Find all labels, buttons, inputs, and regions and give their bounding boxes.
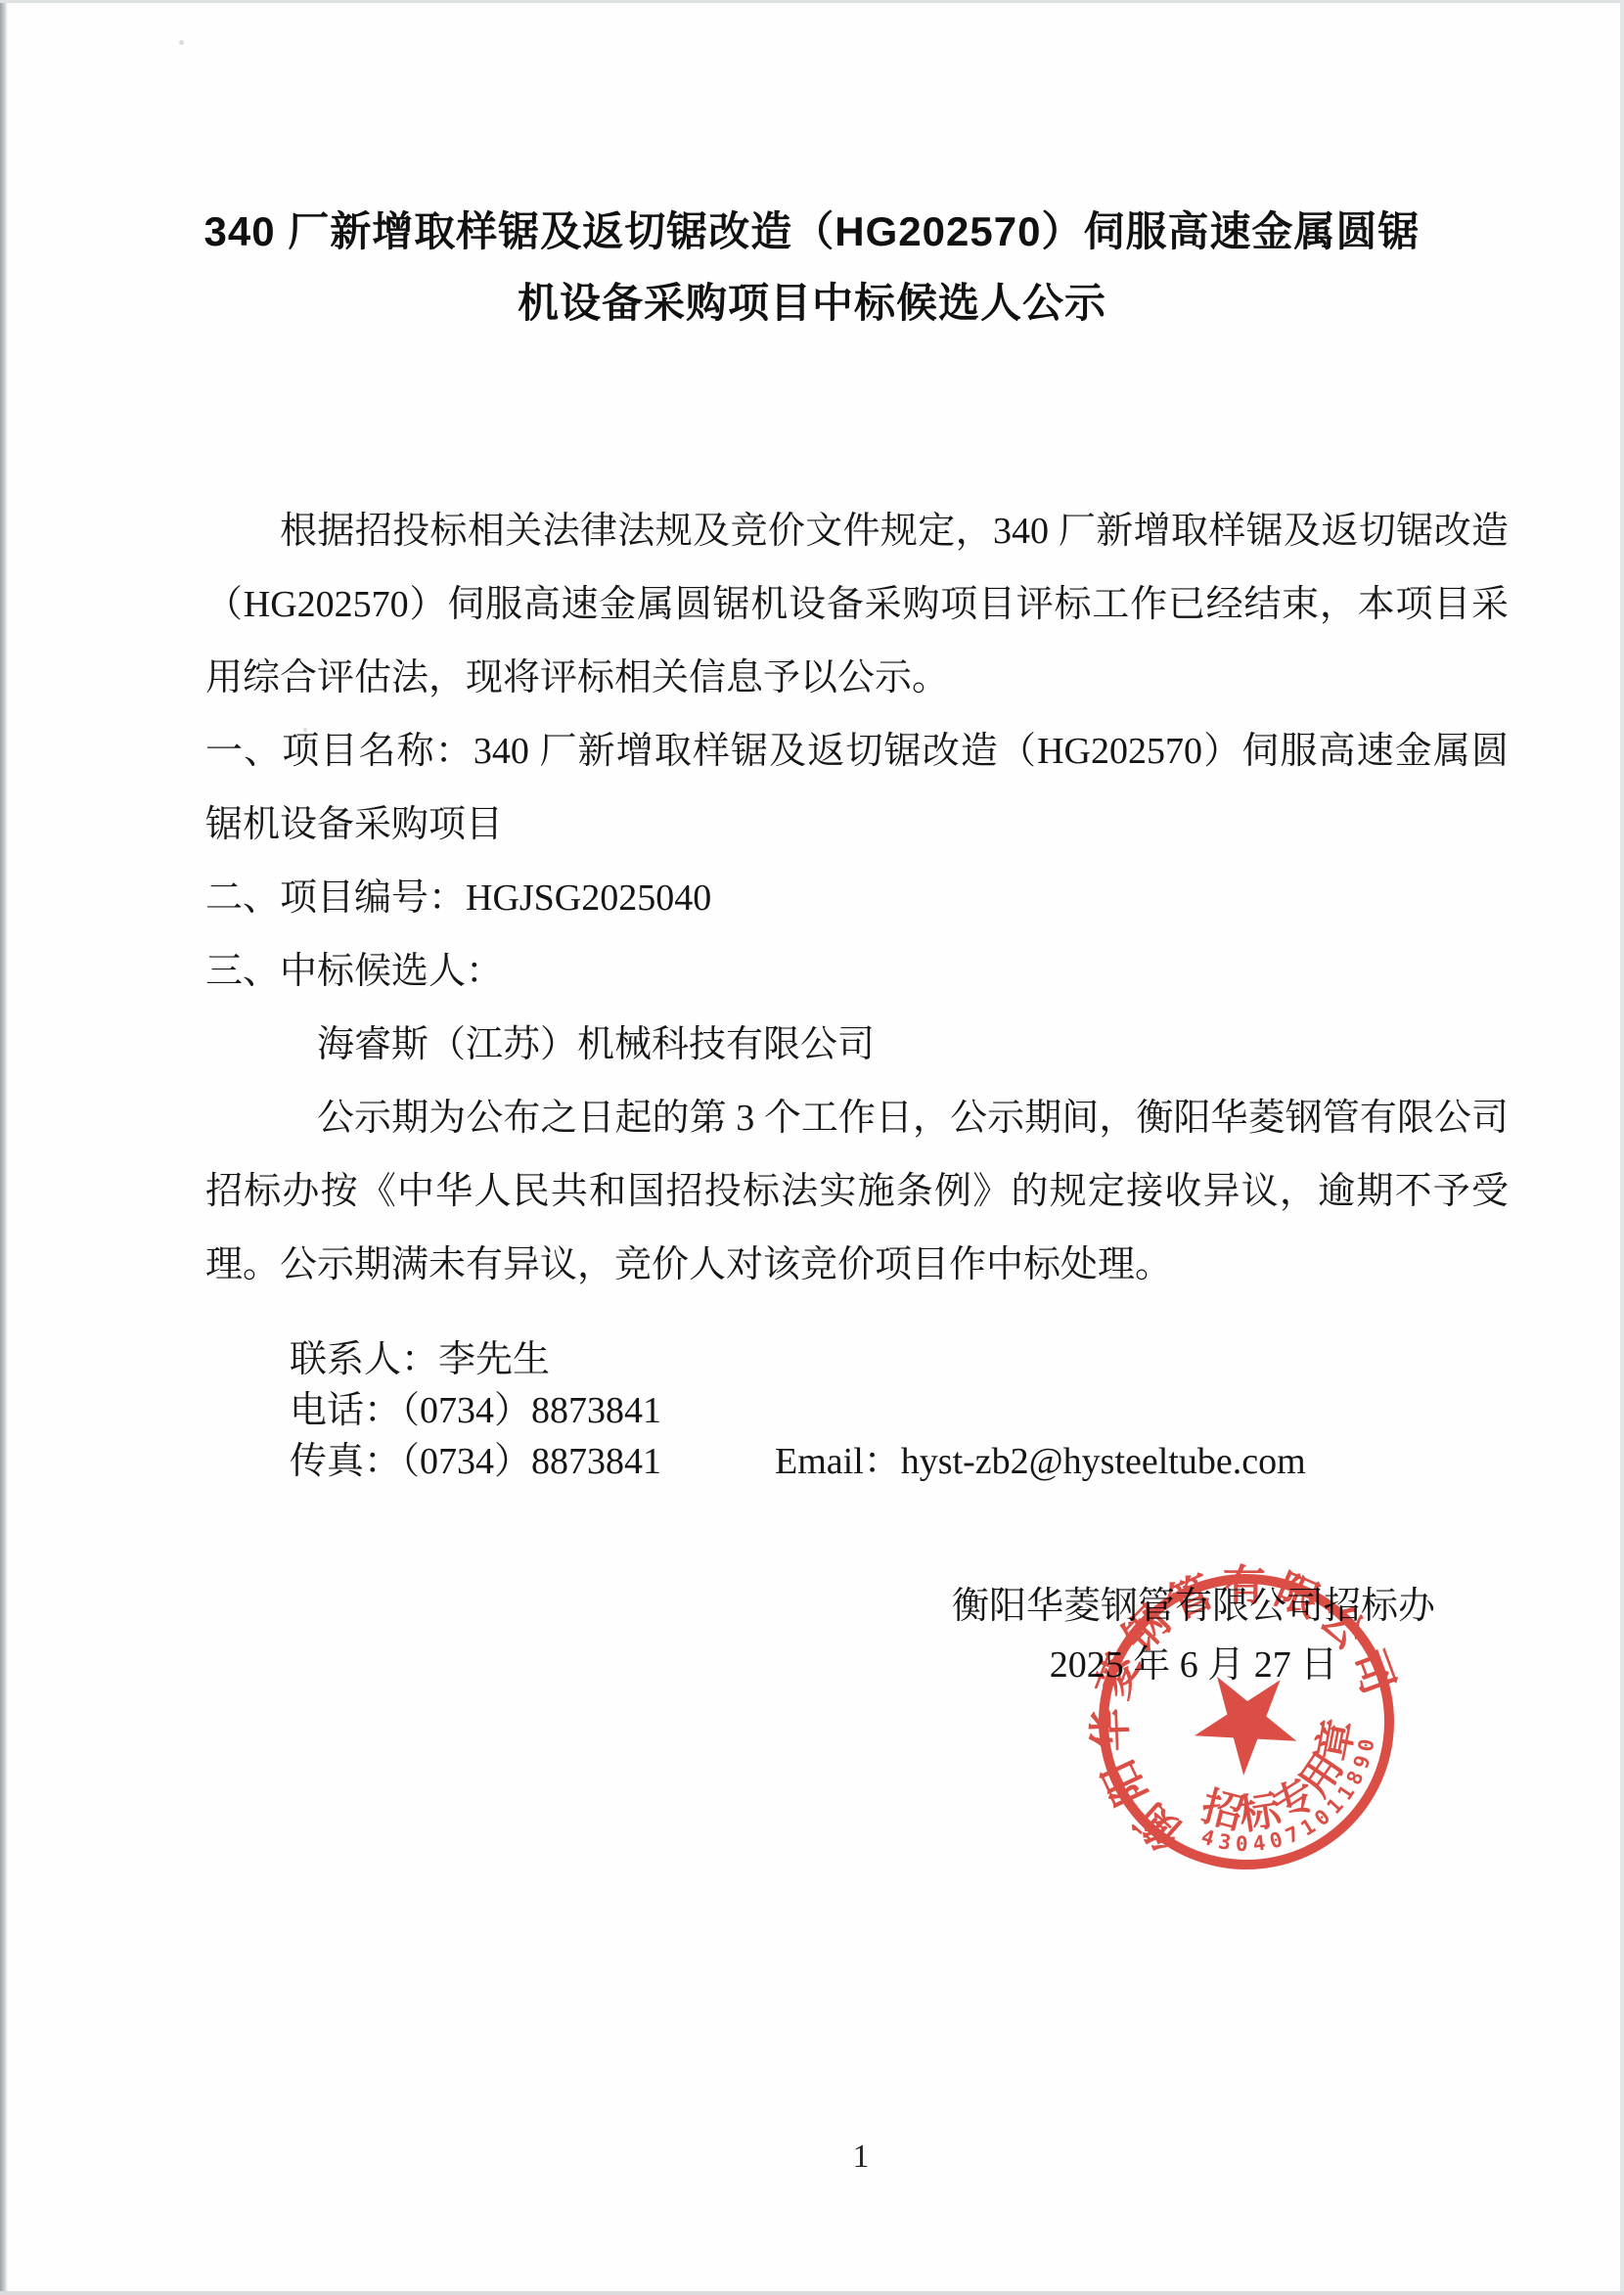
contact-phone-line: 电话：（0734）8873841 bbox=[290, 1385, 1512, 1436]
contact-fax: （0734）8873841 bbox=[401, 1441, 661, 1482]
contact-phone: （0734）8873841 bbox=[401, 1390, 661, 1431]
paragraph-intro: 根据招投标相关法律法规及竞价文件规定，340 厂新增取样锯及返切锯改造（HG20… bbox=[205, 495, 1509, 715]
stamp-star-icon bbox=[1174, 1648, 1313, 1785]
contact-person: 李先生 bbox=[438, 1339, 550, 1380]
scan-edge-left bbox=[0, 0, 8, 2295]
paragraph-notice: 公示期为公布之日起的第 3 个工作日，公示期间，衡阳华菱钢管有限公司招标办按《中… bbox=[205, 1082, 1509, 1302]
official-stamp: 衡阳华菱钢管有限公司 招标专用章 43040710118902 bbox=[1031, 1507, 1462, 1937]
page-title: 340 厂新增取样锯及返切锯改造（HG202570）伺服高速金属圆锯机设备采购项… bbox=[191, 196, 1433, 338]
page-number: 1 bbox=[832, 2138, 890, 2176]
contact-fax-label: 传真： bbox=[290, 1441, 401, 1482]
scan-edge-top bbox=[0, 0, 1624, 3]
body-text: 根据招投标相关法律法规及竞价文件规定，340 厂新增取样锯及返切锯改造（HG20… bbox=[205, 495, 1509, 1302]
paragraph-candidate: 海睿斯（江苏）机械科技有限公司 bbox=[205, 1009, 1509, 1082]
contact-person-line: 联系人：李先生 bbox=[290, 1334, 1512, 1385]
scan-edge-bottom bbox=[0, 2291, 1624, 2295]
contact-fax-line: 传真：（0734）8873841Email：hyst-zb2@hysteeltu… bbox=[290, 1436, 1512, 1487]
paragraph-candidate-label: 三、中标候选人： bbox=[205, 935, 1509, 1009]
contact-email-label: Email： bbox=[775, 1441, 901, 1482]
contact-block: 联系人：李先生 电话：（0734）8873841 传真：（0734）887384… bbox=[290, 1334, 1512, 1487]
scan-speck bbox=[179, 40, 184, 45]
document-page: 340 厂新增取样锯及返切锯改造（HG202570）伺服高速金属圆锯机设备采购项… bbox=[0, 0, 1624, 2295]
paragraph-project-number: 二、项目编号：HGJSG2025040 bbox=[205, 862, 1509, 935]
contact-email: hyst-zb2@hysteeltube.com bbox=[901, 1441, 1306, 1482]
paragraph-project-name: 一、项目名称：340 厂新增取样锯及返切锯改造（HG202570）伺服高速金属圆… bbox=[205, 715, 1509, 862]
contact-person-label: 联系人： bbox=[290, 1339, 438, 1380]
scan-edge-right bbox=[1620, 0, 1624, 2295]
contact-phone-label: 电话： bbox=[290, 1390, 401, 1431]
